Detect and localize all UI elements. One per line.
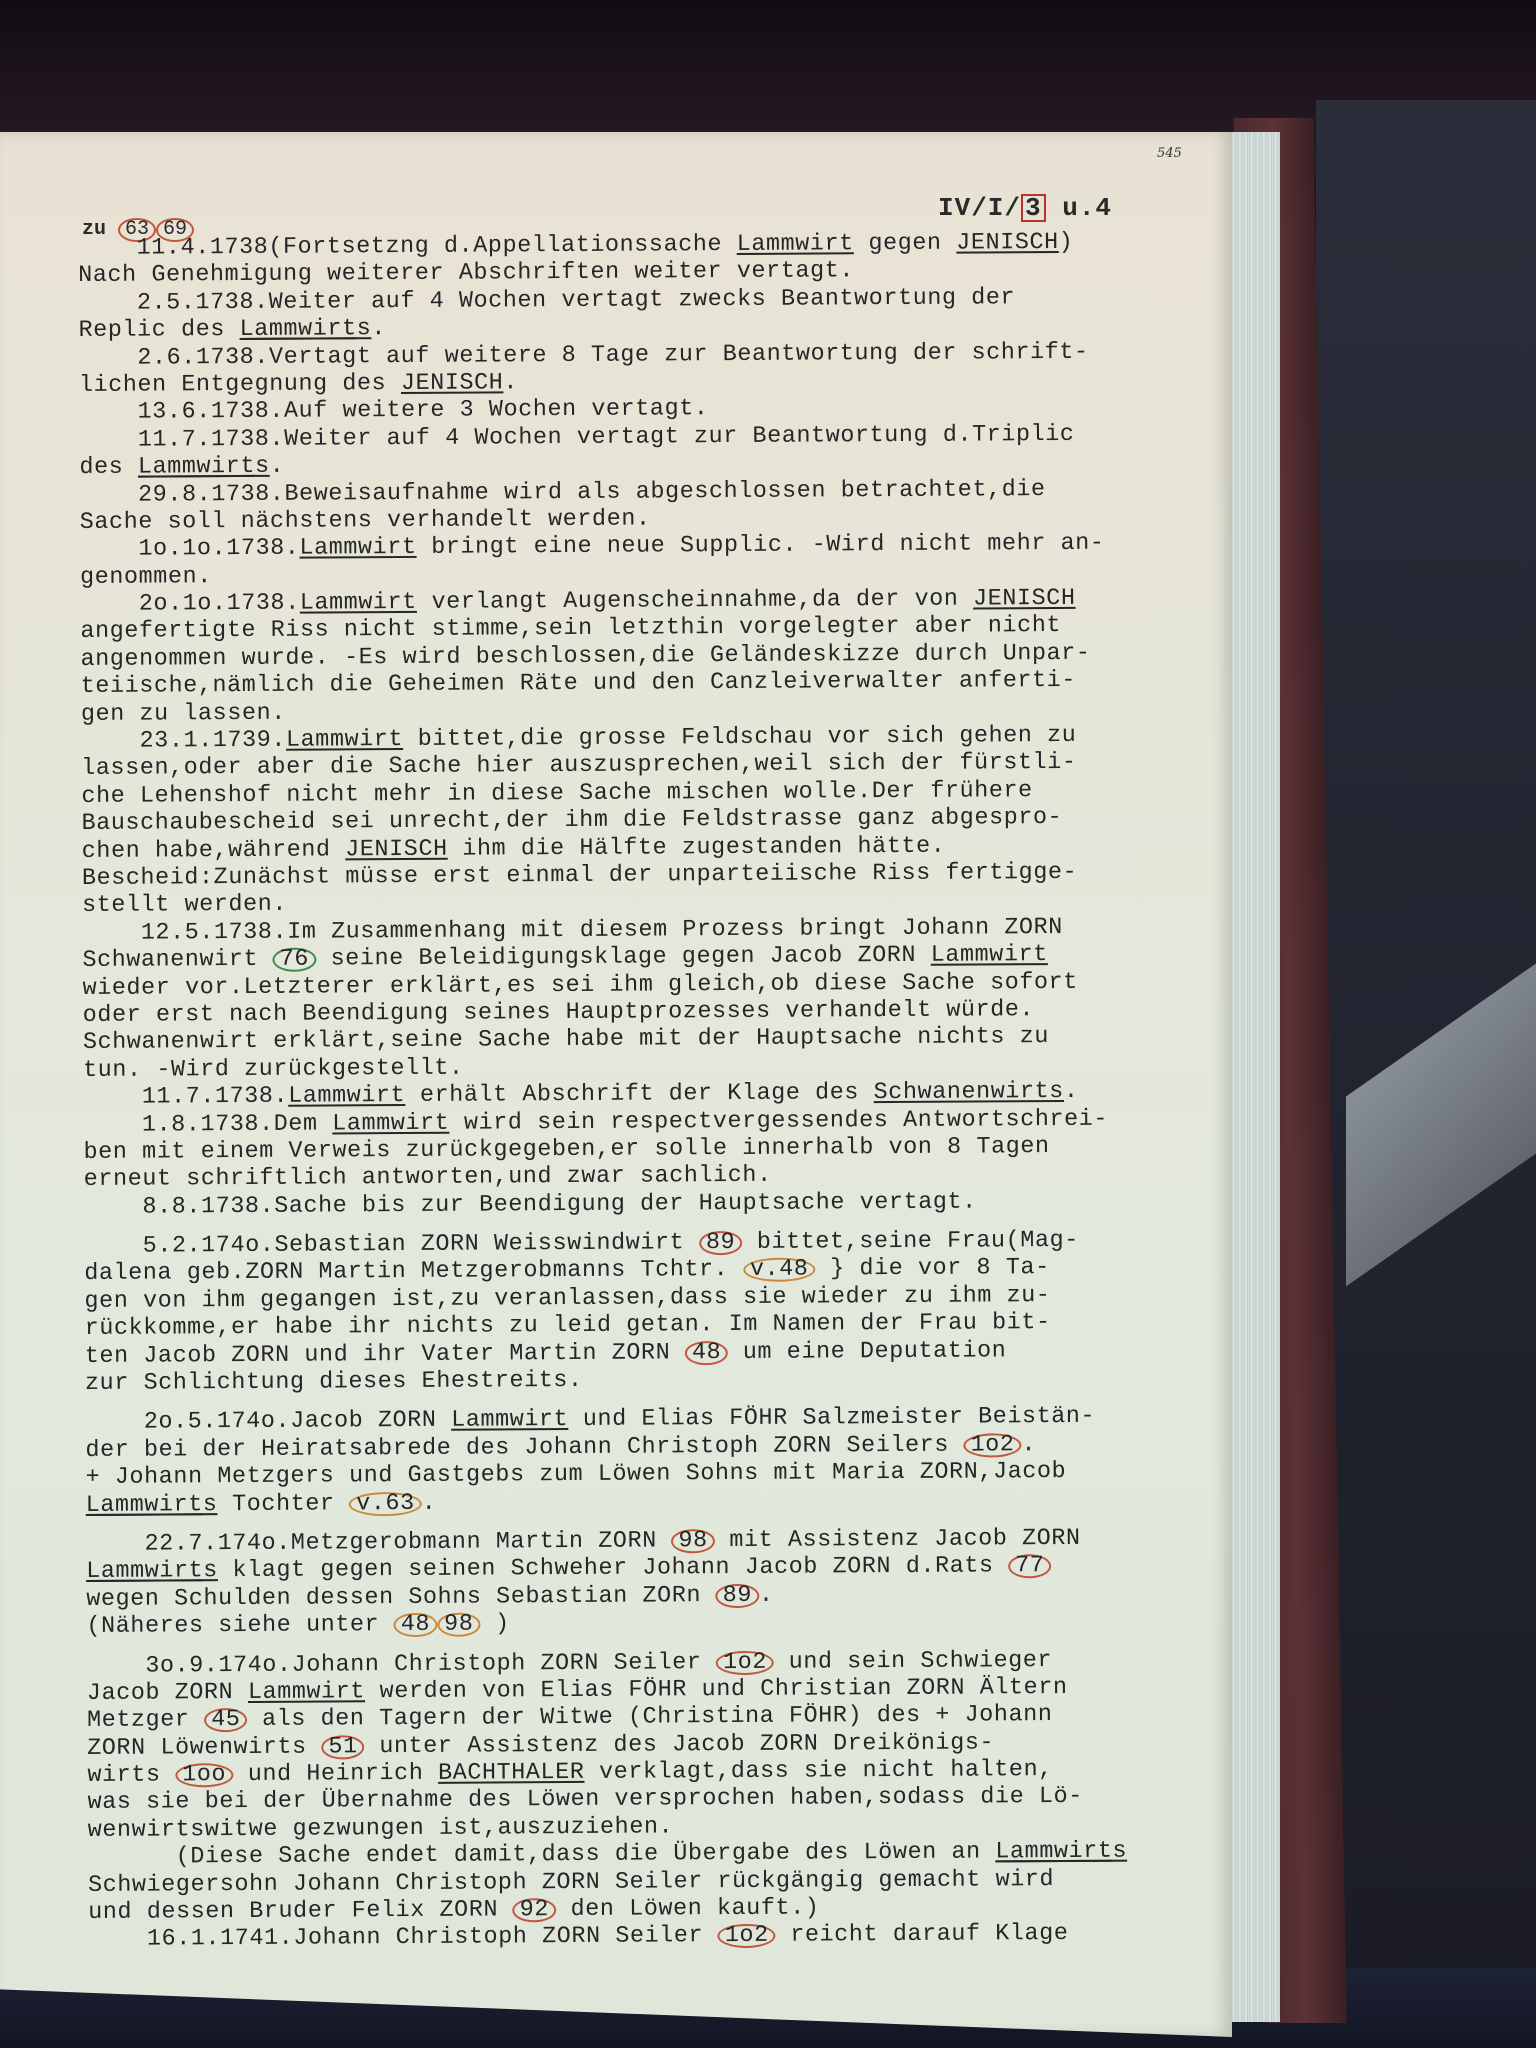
- underlined-name: JENISCH: [973, 586, 1076, 613]
- circled-reference: 98: [437, 1613, 480, 1637]
- underlined-name: Lammwirts: [995, 1839, 1127, 1866]
- circled-reference: 51: [321, 1735, 364, 1759]
- underlined-name: Lammwirts: [86, 1492, 218, 1519]
- circled-reference: 48: [394, 1613, 437, 1637]
- underlined-name: Lammwirt: [300, 590, 417, 617]
- circled-reference: 89: [699, 1231, 742, 1255]
- circled-reference: 45: [204, 1708, 247, 1732]
- underlined-name: Lammwirt: [332, 1110, 449, 1137]
- underlined-name: Lammwirts: [240, 316, 372, 343]
- underlined-name: Lammwirts: [86, 1559, 218, 1586]
- circled-reference: 92: [513, 1898, 556, 1922]
- circled-reference: 89: [716, 1584, 759, 1608]
- circled-reference: 1o2: [716, 1650, 774, 1674]
- underlined-name: Lammwirt: [86, 1559, 203, 1586]
- underlined-name: Lammwirt: [995, 1839, 1112, 1866]
- folio-number: 545: [1157, 146, 1182, 161]
- circled-reference: 76: [273, 948, 316, 972]
- underlined-name: Lammwirt: [286, 727, 403, 754]
- underlined-name: JENISCH: [345, 836, 448, 863]
- underlined-name: JENISCH: [956, 230, 1059, 257]
- circled-reference: 1oo: [175, 1763, 233, 1787]
- signature-suffix: u.4: [1046, 193, 1112, 223]
- signature-prefix: IV/I/: [938, 193, 1021, 223]
- underlined-name: Lammwirt: [451, 1407, 568, 1434]
- circled-reference: 48: [685, 1341, 728, 1365]
- underlined-name: Lammwirt: [138, 454, 255, 481]
- circled-reference: v.48: [743, 1258, 816, 1282]
- circled-reference: 1o2: [718, 1924, 776, 1948]
- underlined-name: Lammwirts: [138, 454, 270, 481]
- signature-boxed-number: 3: [1021, 194, 1046, 222]
- underlined-name: Lammwirt: [737, 231, 854, 258]
- circled-reference: 98: [671, 1529, 714, 1553]
- underlined-name: Lammwirt: [299, 535, 416, 562]
- underlined-name: BACHTHALER: [438, 1760, 585, 1787]
- underlined-name: Lammwirt: [288, 1083, 405, 1110]
- circled-reference: 1o2: [964, 1433, 1022, 1457]
- underlined-name: Schwanenwirts: [874, 1079, 1064, 1106]
- circled-reference: v.63: [349, 1492, 422, 1516]
- underlined-name: Lammwirt: [931, 942, 1048, 969]
- archive-signature: IV/I/3 u.4: [938, 193, 1112, 223]
- circled-reference: 77: [1008, 1554, 1051, 1578]
- typewritten-body: 11.4.1738(Fortsetzng d.Appellationssache…: [78, 229, 1248, 1955]
- underlined-name: JENISCH: [401, 370, 504, 397]
- underlined-name: Lammwirt: [248, 1679, 365, 1706]
- underlined-name: Lammwirt: [86, 1492, 203, 1519]
- underlined-name: Lammwirt: [240, 316, 357, 343]
